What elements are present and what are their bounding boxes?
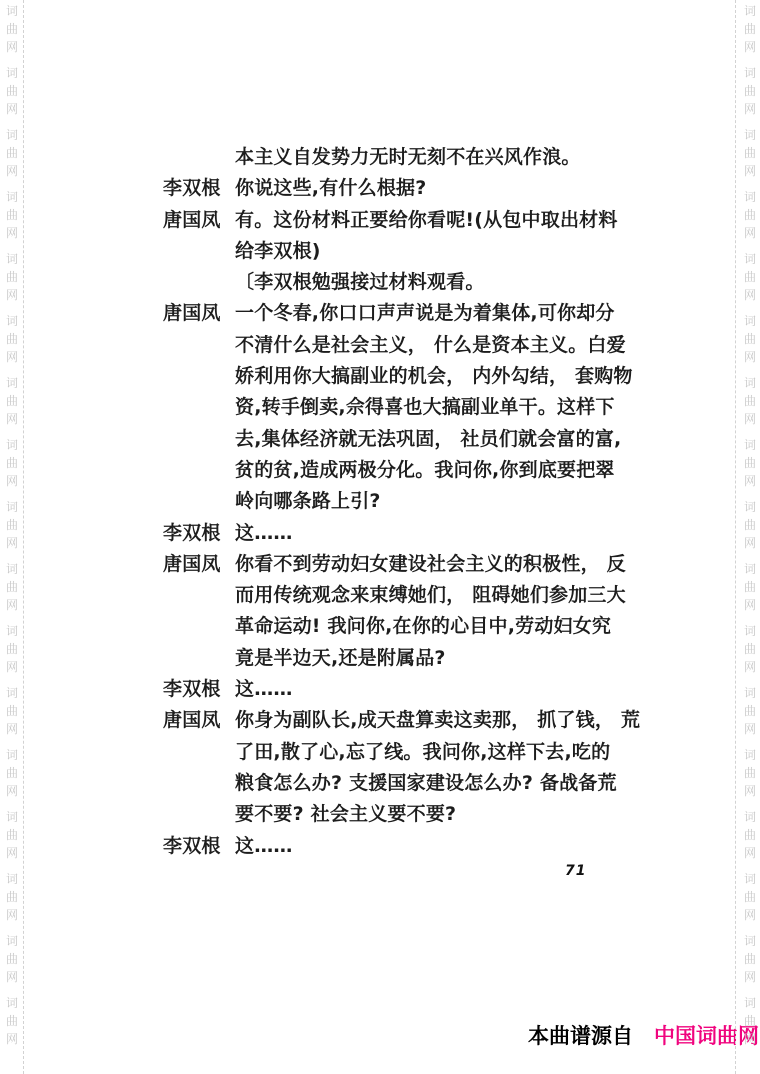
watermark-char: 词 — [3, 188, 21, 206]
watermark-char: 词 — [3, 64, 21, 82]
speech-line: 资,转手倒卖,佘得喜也大搞副业单干。这样下 — [235, 392, 633, 423]
watermark-char: 曲 — [741, 640, 759, 658]
watermark-char: 曲 — [741, 330, 759, 348]
speech-line: 了田,散了心,忘了线。我问你,这样下去,吃的 — [235, 737, 640, 768]
dialogue-entry: 唐国凤有。这份材料正要给你看呢!(从包中取出材料给李双根) — [163, 205, 649, 268]
watermark-char: 网 — [741, 658, 759, 676]
watermark-char: 网 — [3, 410, 21, 428]
watermark-char: 词 — [3, 808, 21, 826]
page-number: 71 — [565, 863, 586, 879]
watermark-char: 网 — [3, 596, 21, 614]
speaker-name: 唐国凤 — [163, 705, 235, 830]
watermark-char: 词 — [741, 126, 759, 144]
watermark-char: 网 — [3, 534, 21, 552]
speech-line: 不清什么是社会主义， 什么是资本主义。白爱 — [235, 330, 633, 361]
watermark-char: 词 — [3, 560, 21, 578]
watermark-group: 词曲网 — [3, 746, 21, 800]
watermark-char: 网 — [3, 658, 21, 676]
watermark-char: 词 — [3, 436, 21, 454]
watermark-char: 曲 — [3, 20, 21, 38]
watermark-char: 曲 — [741, 268, 759, 286]
watermark-char: 曲 — [741, 20, 759, 38]
watermark-char: 曲 — [3, 578, 21, 596]
watermark-char: 曲 — [3, 392, 21, 410]
speech-text: 你看不到劳动妇女建设社会主义的积极性， 反而用传统观念来束缚她们， 阻碍她们参加… — [235, 549, 626, 674]
watermark-char: 曲 — [3, 206, 21, 224]
dialogue-entry: 唐国凤你身为副队长,成天盘算卖这卖那， 抓了钱， 荒了田,散了心,忘了线。我问你… — [163, 705, 649, 830]
watermark-group: 词曲网 — [741, 560, 759, 614]
watermark-char: 词 — [3, 870, 21, 888]
watermark-char: 曲 — [741, 702, 759, 720]
watermark-char: 曲 — [3, 454, 21, 472]
watermark-char: 网 — [741, 38, 759, 56]
dialogue-entry: 李双根这…… — [163, 518, 649, 549]
watermark-char: 曲 — [741, 950, 759, 968]
speech-line: 娇利用你大搞副业的机会， 内外勾结， 套购物 — [235, 361, 633, 392]
watermark-char: 曲 — [741, 1012, 759, 1030]
watermark-char: 网 — [741, 906, 759, 924]
watermark-char: 词 — [741, 994, 759, 1012]
dialogue-entry: 唐国凤你看不到劳动妇女建设社会主义的积极性， 反而用传统观念来束缚她们， 阻碍她… — [163, 549, 649, 674]
watermark-char: 词 — [3, 2, 21, 20]
watermark-char: 网 — [741, 596, 759, 614]
watermark-char: 网 — [741, 348, 759, 366]
watermark-char: 词 — [741, 312, 759, 330]
watermark-char: 网 — [741, 782, 759, 800]
speech-text: 这…… — [235, 674, 293, 705]
watermark-char: 网 — [741, 224, 759, 242]
watermark-char: 词 — [741, 560, 759, 578]
watermark-char: 网 — [741, 844, 759, 862]
speech-line: 你说这些,有什么根据? — [235, 173, 426, 204]
watermark-char: 词 — [741, 436, 759, 454]
speech-text: 一个冬春,你口口声声说是为着集体,可你却分不清什么是社会主义， 什么是资本主义。… — [235, 298, 633, 517]
speech-text: 你身为副队长,成天盘算卖这卖那， 抓了钱， 荒了田,散了心,忘了线。我问你,这样… — [235, 705, 640, 830]
speaker-name: 李双根 — [163, 173, 235, 204]
watermark-char: 网 — [3, 100, 21, 118]
scanned-page: 词曲网词曲网词曲网词曲网词曲网词曲网词曲网词曲网词曲网词曲网词曲网词曲网词曲网词… — [0, 0, 760, 1074]
speaker-name: 李双根 — [163, 674, 235, 705]
watermark-char: 曲 — [3, 516, 21, 534]
watermark-group: 词曲网 — [741, 870, 759, 924]
watermark-char: 网 — [3, 162, 21, 180]
watermark-group: 词曲网 — [741, 374, 759, 428]
watermark-group: 词曲网 — [741, 498, 759, 552]
speech-line: 本主义自发势力无时无刻不在兴风作浪。 — [235, 142, 581, 173]
dialogue-entry: 李双根你说这些,有什么根据? — [163, 173, 649, 204]
watermark-char: 网 — [3, 1030, 21, 1048]
speech-line: 这…… — [235, 518, 293, 549]
watermark-group: 词曲网 — [741, 64, 759, 118]
watermark-group: 词曲网 — [741, 250, 759, 304]
watermark-column-left: 词曲网词曲网词曲网词曲网词曲网词曲网词曲网词曲网词曲网词曲网词曲网词曲网词曲网词… — [3, 2, 21, 1056]
dialogue-entry: 李双根这…… — [163, 831, 649, 862]
watermark-group: 词曲网 — [3, 622, 21, 676]
speaker-name: 唐国凤 — [163, 298, 235, 517]
speech-text: 有。这份材料正要给你看呢!(从包中取出材料给李双根) — [235, 205, 618, 268]
watermark-group: 词曲网 — [741, 622, 759, 676]
footer-prefix: 本曲谱源自 — [528, 1024, 633, 1048]
speech-line: 你看不到劳动妇女建设社会主义的积极性， 反 — [235, 549, 626, 580]
watermark-char: 曲 — [3, 764, 21, 782]
watermark-group: 词曲网 — [3, 560, 21, 614]
watermark-char: 曲 — [3, 950, 21, 968]
speech-line: 〔李双根勉强接过材料观看。 — [235, 267, 485, 298]
watermark-group: 词曲网 — [3, 64, 21, 118]
dialogue-entry: 唐国凤一个冬春,你口口声声说是为着集体,可你却分不清什么是社会主义， 什么是资本… — [163, 298, 649, 517]
speaker-name — [163, 142, 235, 173]
speech-line: 一个冬春,你口口声声说是为着集体,可你却分 — [235, 298, 633, 329]
watermark-group: 词曲网 — [741, 808, 759, 862]
watermark-group: 词曲网 — [3, 498, 21, 552]
watermark-group: 词曲网 — [3, 250, 21, 304]
watermark-char: 词 — [741, 2, 759, 20]
watermark-char: 词 — [3, 746, 21, 764]
watermark-char: 曲 — [3, 640, 21, 658]
left-dashed-rule — [23, 0, 24, 1074]
watermark-group: 词曲网 — [3, 436, 21, 490]
watermark-char: 词 — [741, 374, 759, 392]
right-dashed-rule — [735, 0, 736, 1074]
speech-line: 要不要? 社会主义要不要? — [235, 799, 640, 830]
watermark-char: 词 — [3, 126, 21, 144]
watermark-group: 词曲网 — [3, 374, 21, 428]
speech-line: 去,集体经济就无法巩固， 社员们就会富的富, — [235, 424, 633, 455]
speech-line: 给李双根) — [235, 236, 618, 267]
watermark-char: 词 — [741, 64, 759, 82]
watermark-char: 曲 — [3, 330, 21, 348]
watermark-char: 网 — [741, 410, 759, 428]
dialogue: 本主义自发势力无时无刻不在兴风作浪。李双根你说这些,有什么根据?唐国凤有。这份材… — [163, 142, 649, 862]
watermark-char: 词 — [741, 188, 759, 206]
watermark-group: 词曲网 — [3, 312, 21, 366]
speech-text: 这…… — [235, 831, 293, 862]
dialogue-entry: 本主义自发势力无时无刻不在兴风作浪。 — [163, 142, 649, 173]
watermark-group: 词曲网 — [3, 870, 21, 924]
watermark-char: 网 — [3, 224, 21, 242]
watermark-group: 词曲网 — [3, 2, 21, 56]
speech-text: 〔李双根勉强接过材料观看。 — [235, 267, 485, 298]
speech-line: 贫的贫,造成两极分化。我问你,你到底要把翠 — [235, 455, 633, 486]
watermark-char: 网 — [741, 720, 759, 738]
watermark-char: 曲 — [3, 826, 21, 844]
speech-line: 这…… — [235, 831, 293, 862]
watermark-group: 词曲网 — [741, 2, 759, 56]
speech-line: 革命运动! 我问你,在你的心目中,劳动妇女究 — [235, 611, 626, 642]
watermark-char: 网 — [3, 348, 21, 366]
speaker-name: 唐国凤 — [163, 205, 235, 268]
watermark-char: 网 — [3, 286, 21, 304]
watermark-group: 词曲网 — [3, 994, 21, 1048]
watermark-group: 词曲网 — [741, 932, 759, 986]
speaker-name: 唐国凤 — [163, 549, 235, 674]
watermark-char: 网 — [3, 968, 21, 986]
watermark-char: 词 — [741, 250, 759, 268]
watermark-char: 词 — [741, 808, 759, 826]
watermark-char: 词 — [3, 994, 21, 1012]
watermark-char: 网 — [741, 534, 759, 552]
watermark-char: 词 — [741, 870, 759, 888]
watermark-group: 词曲网 — [3, 188, 21, 242]
watermark-group: 词曲网 — [3, 808, 21, 862]
watermark-char: 曲 — [3, 268, 21, 286]
source-footer: 本曲谱源自中国词曲网 — [528, 1020, 759, 1050]
watermark-char: 网 — [741, 968, 759, 986]
speech-line: 岭向哪条路上引? — [235, 486, 633, 517]
watermark-char: 曲 — [741, 826, 759, 844]
watermark-char: 曲 — [741, 392, 759, 410]
watermark-group: 词曲网 — [3, 126, 21, 180]
watermark-char: 词 — [741, 684, 759, 702]
speech-line: 有。这份材料正要给你看呢!(从包中取出材料 — [235, 205, 618, 236]
watermark-char: 曲 — [3, 888, 21, 906]
watermark-group: 词曲网 — [741, 684, 759, 738]
watermark-char: 词 — [741, 498, 759, 516]
watermark-char: 网 — [3, 906, 21, 924]
watermark-char: 词 — [3, 374, 21, 392]
watermark-char: 词 — [741, 932, 759, 950]
watermark-char: 曲 — [741, 144, 759, 162]
watermark-char: 网 — [3, 782, 21, 800]
watermark-char: 曲 — [741, 764, 759, 782]
watermark-char: 网 — [3, 38, 21, 56]
watermark-group: 词曲网 — [741, 994, 759, 1048]
speech-line: 粮食怎么办? 支援国家建设怎么办? 备战备荒 — [235, 768, 640, 799]
watermark-char: 曲 — [3, 144, 21, 162]
watermark-char: 曲 — [741, 888, 759, 906]
watermark-char: 曲 — [741, 516, 759, 534]
watermark-char: 曲 — [3, 1012, 21, 1030]
watermark-char: 网 — [3, 472, 21, 490]
watermark-char: 网 — [3, 720, 21, 738]
watermark-char: 词 — [741, 746, 759, 764]
speech-text: 你说这些,有什么根据? — [235, 173, 426, 204]
speaker-name: 李双根 — [163, 831, 235, 862]
watermark-char: 曲 — [741, 578, 759, 596]
speech-text: 这…… — [235, 518, 293, 549]
watermark-char: 曲 — [741, 82, 759, 100]
watermark-char: 网 — [741, 1030, 759, 1048]
watermark-group: 词曲网 — [3, 932, 21, 986]
speaker-name — [163, 267, 235, 298]
watermark-char: 曲 — [3, 82, 21, 100]
watermark-char: 词 — [3, 250, 21, 268]
watermark-group: 词曲网 — [741, 126, 759, 180]
watermark-char: 网 — [741, 286, 759, 304]
watermark-char: 曲 — [741, 206, 759, 224]
speaker-name: 李双根 — [163, 518, 235, 549]
watermark-char: 词 — [3, 684, 21, 702]
watermark-char: 网 — [3, 844, 21, 862]
watermark-group: 词曲网 — [3, 684, 21, 738]
watermark-char: 曲 — [3, 702, 21, 720]
dialogue-entry: 李双根这…… — [163, 674, 649, 705]
speech-line: 而用传统观念来束缚她们， 阻碍她们参加三大 — [235, 580, 626, 611]
watermark-char: 网 — [741, 472, 759, 490]
watermark-char: 曲 — [741, 454, 759, 472]
watermark-column-right: 词曲网词曲网词曲网词曲网词曲网词曲网词曲网词曲网词曲网词曲网词曲网词曲网词曲网词… — [741, 2, 759, 1056]
dialogue-entry: 〔李双根勉强接过材料观看。 — [163, 267, 649, 298]
speech-line: 竟是半边天,还是附属品? — [235, 643, 626, 674]
watermark-char: 词 — [3, 498, 21, 516]
watermark-char: 网 — [741, 100, 759, 118]
watermark-char: 词 — [3, 932, 21, 950]
watermark-char: 词 — [3, 312, 21, 330]
watermark-group: 词曲网 — [741, 312, 759, 366]
watermark-group: 词曲网 — [741, 188, 759, 242]
speech-text: 本主义自发势力无时无刻不在兴风作浪。 — [235, 142, 581, 173]
watermark-group: 词曲网 — [741, 746, 759, 800]
watermark-char: 词 — [741, 622, 759, 640]
watermark-char: 网 — [741, 162, 759, 180]
watermark-char: 词 — [3, 622, 21, 640]
speech-line: 你身为副队长,成天盘算卖这卖那， 抓了钱， 荒 — [235, 705, 640, 736]
speech-line: 这…… — [235, 674, 293, 705]
watermark-group: 词曲网 — [741, 436, 759, 490]
